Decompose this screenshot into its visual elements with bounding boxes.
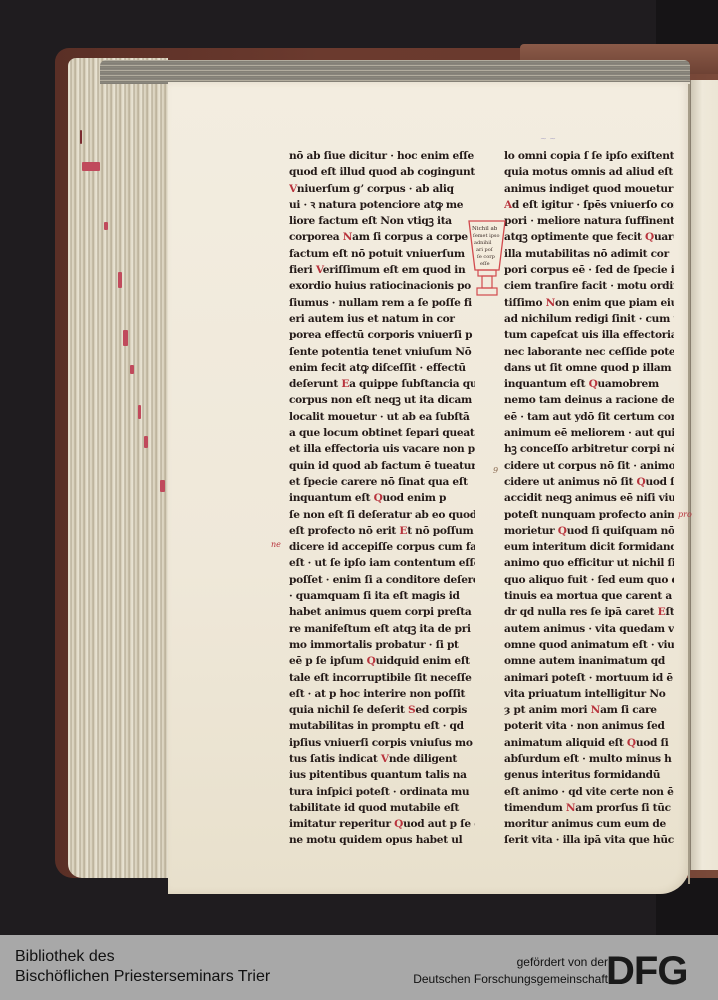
text-line: Ad eſt igitur · ſpēs vniuerſo cor (504, 197, 674, 213)
funding-line1: gefördert von der (413, 954, 608, 971)
text-line: tabilitate id quod mutabile eſt (289, 800, 475, 816)
text-line: ȝ pt anim mori Nam ſi care (504, 702, 674, 718)
text-line: corporea Nam ſi corpus a corpe (289, 229, 475, 245)
text-line: ſiumus · nullam rem a ſe poſſe fi (289, 295, 475, 311)
library-name-line2: Bischöflichen Priesterseminars Trier (15, 967, 270, 987)
text-line: lo omni copia ſ ſe ipſo exiſtente (504, 148, 674, 164)
rubricated-initial: V (381, 753, 389, 765)
rubricated-initial: Q (637, 476, 646, 488)
gutter (688, 84, 690, 884)
text-line: quin id quod ab factum ē tueatur (289, 458, 475, 474)
text-line: tiſſimo Non enim que piam eius ps (504, 295, 674, 311)
rubricated-initial: N (343, 231, 352, 243)
text-line: fieri Veriſſimum eſt em quod in (289, 262, 475, 278)
funding-credit: gefördert von der Deutschen Forschungsge… (413, 954, 608, 988)
text-line: inquantum eſt Quod enim p (289, 490, 475, 506)
text-line: dans ut ſit omne quod p illam ē (504, 360, 674, 376)
margin-note: 9 (493, 466, 498, 475)
text-line: eſt · ut ſe ipſo iam contentum eſſe (289, 555, 475, 571)
bookmark-tab (138, 405, 141, 419)
bookmark-tab (80, 130, 82, 144)
text-line: animus indiget quod mouetur : (504, 181, 674, 197)
bookmark-tab (82, 162, 100, 171)
text-line: pori · meliore natura ſuffinente (504, 213, 674, 229)
text-line: autem animus · vita quedam vn (504, 621, 674, 637)
rubricated-initial: N (566, 802, 575, 814)
rubricated-initial: E (341, 378, 349, 390)
folio-mark: ~ ~ (540, 134, 556, 143)
text-line: nec laborante nec ceſſide potentia (504, 344, 674, 360)
text-line: poterit vita · non animus ſed (504, 718, 674, 734)
page-stack-top-edge (100, 60, 690, 84)
text-line: porea effectū corporis vniuerſi p (289, 327, 475, 343)
marginal-chalice-drawing: Nichil ab ſemet ipso adnihil ari poſ ſe … (467, 218, 507, 302)
rubricated-initial: S (408, 704, 415, 716)
text-line: Vniuerſum gʼ corpus · ab aliq (289, 181, 475, 197)
text-line: mutabilitas in promptu eſt · qd (289, 718, 475, 734)
margin-note: ne (271, 540, 281, 549)
text-line: exordio huius ratiocinacionis po (289, 278, 475, 294)
text-line: eſt profecto nō erit Et nō poſſum (289, 523, 475, 539)
text-line: vita priuatum intelligitur No (504, 686, 674, 702)
text-line: eſt · at p hoc interire non poſſit (289, 686, 475, 702)
svg-text:ari poſ: ari poſ (476, 247, 494, 253)
text-line: nō ab ſiue dicitur · hoc enim eſſe (289, 148, 475, 164)
rubricated-initial: Q (558, 525, 567, 537)
text-line: ſerit vita · illa ipā vita que hūc (504, 832, 674, 848)
text-line: animum eē meliorem · aut qui (504, 425, 674, 441)
rubricated-initial: Q (645, 231, 654, 243)
rubricated-initial: E (658, 606, 666, 618)
bookmark-tab (123, 330, 128, 346)
text-line: omne quod animatum eſt · viuſ (504, 637, 674, 653)
text-line: factum eſt nō potuit vniuerſum (289, 246, 475, 262)
svg-text:ſe corp: ſe corp (477, 254, 495, 260)
bookmark-tab (160, 480, 165, 492)
text-line: accidit neqꝫ animus eē niſi viuat (504, 490, 674, 506)
text-line: abſurdum eſt · multo minus h (504, 751, 674, 767)
text-line: et illa effectoria uis vacare non pt (289, 441, 475, 457)
text-line: poteſt nunquam profecto anim (504, 507, 674, 523)
next-page-edge (690, 80, 718, 870)
text-line: morietur Quod ſi quiſquam nō (504, 523, 674, 539)
text-line: ad nichilum redigi ſinit · cum to (504, 311, 674, 327)
text-line: ſe non eſt ſi deſeratur ab eo quod (289, 507, 475, 523)
text-line: dr qd nulla res ſe ipā caret Eſt (504, 604, 674, 620)
rubricated-initial: Q (589, 378, 598, 390)
text-line: deſerunt Ea quippe ſubſtancia que (289, 376, 475, 392)
text-line: enim fecit atꝙ diſceſſit · effectū (289, 360, 475, 376)
rubricated-initial: V (289, 183, 297, 195)
text-line: timendum Nam prorſus ſi tūc (504, 800, 674, 816)
funding-line2: Deutschen Forschungsgemeinschaft (413, 971, 608, 988)
rubricated-initial: V (316, 264, 323, 276)
text-line: et ſpecie carere nō ſinat qua eſt (289, 474, 475, 490)
text-line: liore factum eſt Non vtiqꝫ ita (289, 213, 475, 229)
text-line: moritur animus cum eum de (504, 816, 674, 832)
text-line: tura inſpici poteſt · ordinata mu (289, 784, 475, 800)
svg-text:Nichil ab: Nichil ab (472, 226, 498, 232)
text-line: corpus non eſt neqꝫ ut ita dicam (289, 392, 475, 408)
text-column-right: lo omni copia ſ ſe ipſo exiſtentequia mo… (504, 148, 674, 849)
text-line: tale eſt incorruptibile ſit neceſſe (289, 670, 475, 686)
text-line: pori corpus eē · ſed de ſpecie inſpe (504, 262, 674, 278)
manuscript-viewer: ~ ~ nō ab ſiue dicitur · hoc enim eſſequ… (0, 0, 718, 935)
text-line: genus interitus formidandū (504, 767, 674, 783)
text-line: a que locum obtinet ſepari queat (289, 425, 475, 441)
rubricated-initial: Q (374, 492, 383, 504)
rubricated-initial: E (399, 525, 407, 537)
text-column-left: nō ab ſiue dicitur · hoc enim eſſequod e… (289, 148, 475, 849)
text-line: · quamquam ſi ita eſt magis id (289, 588, 475, 604)
library-name-line1: Bibliothek des (15, 947, 270, 967)
bookmark-tab (144, 436, 148, 448)
rubricated-initial: N (591, 704, 600, 716)
text-line: localit mouetur · ut ab ea ſubſtā (289, 409, 475, 425)
text-line: atqꝫ optimente que fecit Quare (504, 229, 674, 245)
bookmark-tab (104, 222, 108, 230)
text-line: ius pitentibus quantum talis na (289, 767, 475, 783)
text-line: quo aliquo fuit · ſed eum quo de (504, 572, 674, 588)
text-line: cidere ut animus nō ſit Quod ſi nō (504, 474, 674, 490)
text-line: quia motus omnis ad aliud eſt (504, 164, 674, 180)
text-line: omne autem inanimatum qd (504, 653, 674, 669)
text-line: ipſius vniuerſi corpis vniuſus mo (289, 735, 475, 751)
text-line: illa mutabilitas nō adimit cor (504, 246, 674, 262)
rubricated-initial: Q (367, 655, 376, 667)
text-line: animari poteſt · mortuum id ē (504, 670, 674, 686)
text-line: poſſet · enim ſi a conditore deſeret (289, 572, 475, 588)
text-line: eri autem ius et natum in cor (289, 311, 475, 327)
rubricated-initial: N (546, 297, 555, 309)
text-line: animatum aliquid eſt Quod ſi (504, 735, 674, 751)
text-line: ne motu quidem opus habet ul (289, 832, 475, 848)
text-line: eē · tam aut ydō ſit certum corpore (504, 409, 674, 425)
text-line: eum interitum dicit formidandū (504, 539, 674, 555)
text-line: habet animus quem corpi preſta (289, 604, 475, 620)
svg-text:ſemet ipso: ſemet ipso (473, 233, 499, 239)
text-line: nemo tam deinus a racione debs (504, 392, 674, 408)
rubricated-initial: Q (627, 737, 636, 749)
text-line: ui · ꝛ natura potenciore atꝙ me (289, 197, 475, 213)
text-line: eſt animo · qd vite certe non ē (504, 784, 674, 800)
bookmark-tab (130, 365, 134, 374)
text-line: dicere id accepiſſe corpus cum factu (289, 539, 475, 555)
svg-text:DFG: DFG (606, 952, 687, 986)
text-line: ciem tranſire facit · motu ordina (504, 278, 674, 294)
text-line: tus ſatis indicat Vnde diligent (289, 751, 475, 767)
text-line: re manifeſtum eſt atqꝫ ita de pri (289, 621, 475, 637)
text-line: mo immortalis probatur · ſi pt (289, 637, 475, 653)
text-line: animo quo efficitur ut nichil ſit (504, 555, 674, 571)
text-line: ſente potentia tenet vniuſum Nō (289, 344, 475, 360)
text-line: tinuis ea mortua que carent a te (504, 588, 674, 604)
text-line: eē p ſe ipſum Quidquid enim eſt (289, 653, 475, 669)
dfg-logo-icon: DFG (606, 952, 710, 986)
svg-text:adnihil: adnihil (474, 240, 492, 246)
text-line: cidere ut corpus nō ſit · animo ac (504, 458, 674, 474)
text-line: quod eſt illud quod ab cogingunt (289, 164, 475, 180)
rubricated-initial: Q (394, 818, 403, 830)
svg-text:eſſe: eſſe (480, 261, 490, 267)
rubricated-initial: A (504, 199, 512, 211)
text-line: imitatur reperitur Quod aut p ſe ē (289, 816, 475, 832)
footer-bar: Bibliothek des Bischöflichen Priestersem… (0, 935, 718, 1000)
margin-note: pro (678, 510, 692, 519)
page-stack-edge (68, 58, 168, 878)
bookmark-tab (118, 272, 122, 288)
text-line: tum capeſcat uis illa effectoria (504, 327, 674, 343)
text-line: quia nichil ſe deſerit Sed corpis (289, 702, 475, 718)
text-line: inquantum eſt Quamobrem (504, 376, 674, 392)
text-line: hꝫ conceſſo arbitretur corpi nō ac (504, 441, 674, 457)
library-credit: Bibliothek des Bischöflichen Priestersem… (15, 947, 270, 987)
